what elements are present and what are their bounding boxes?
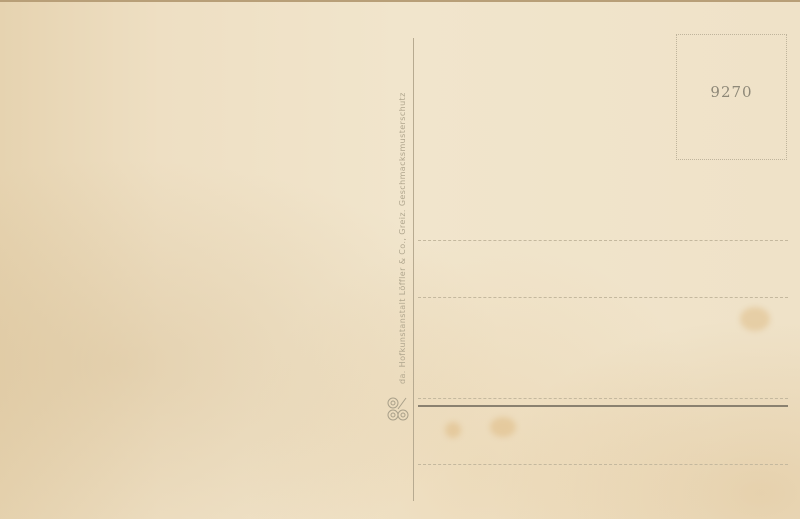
center-divider [413, 38, 414, 501]
postcard-back: 9270 da. Hofkunstanstalt Löffler & Co., … [0, 0, 800, 519]
paper-stain [740, 307, 770, 331]
card-number: 9270 [677, 83, 786, 101]
butterfly-logo-icon [386, 394, 410, 424]
address-line-2 [418, 297, 788, 298]
stamp-box: 9270 [676, 34, 787, 160]
address-line-4 [418, 464, 788, 465]
address-line-3 [418, 398, 788, 399]
publisher-imprint: da. Hofkunstanstalt Löffler & Co., Greiz… [398, 92, 407, 384]
address-line-bold [418, 405, 788, 407]
paper-stain [445, 422, 461, 438]
address-line-1 [418, 240, 788, 241]
paper-stain [490, 417, 516, 437]
